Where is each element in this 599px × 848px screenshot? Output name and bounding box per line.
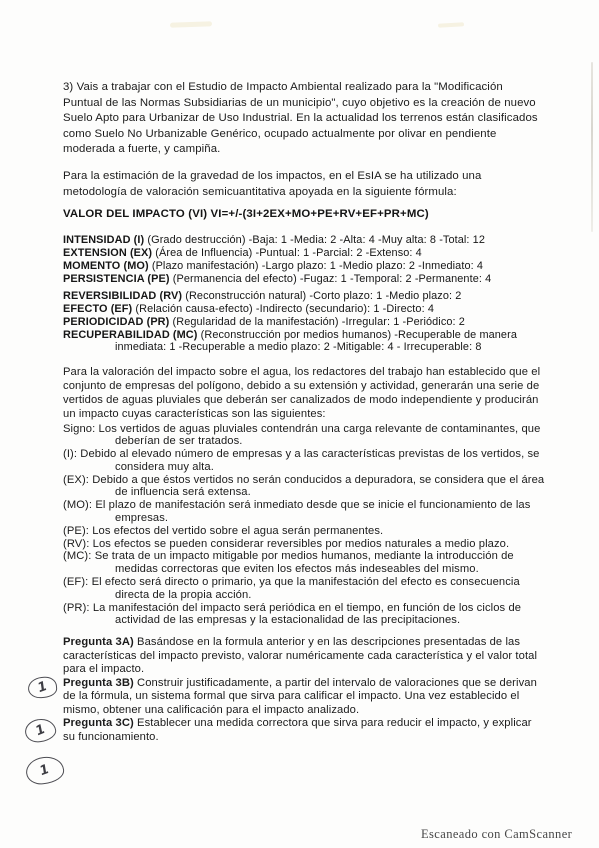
handwritten-grade-mark-1: 1 bbox=[27, 676, 58, 699]
handwritten-grade-mark-2: 1 bbox=[23, 717, 57, 745]
impact-value-formula: VALOR DEL IMPACTO (VI) VI=+/-(3I+2EX+MO+… bbox=[63, 207, 545, 221]
characteristic-label: (PR): bbox=[63, 602, 90, 614]
characteristic-label: Signo: bbox=[63, 423, 95, 435]
question-label: Pregunta 3B) bbox=[63, 677, 134, 689]
question-3c: Pregunta 3C) Establecer una medida corre… bbox=[63, 717, 545, 744]
factor-name: RECUPERABILIDAD (MC) bbox=[63, 329, 198, 341]
characteristic-i: (I): Debido al elevado número de empresa… bbox=[63, 448, 545, 474]
document-body: 3) Vais a trabajar con el Estudio de Imp… bbox=[63, 80, 545, 744]
characteristic-mo: (MO): El plazo de manifestación será inm… bbox=[63, 499, 545, 525]
characteristic-pe: (PE): Los efectos del vertido sobre el a… bbox=[63, 525, 545, 538]
factor-name: EXTENSION (EX) bbox=[63, 247, 152, 259]
characteristic-pr: (PR): La manifestación del impacto será … bbox=[63, 602, 545, 628]
page-edge-shadow bbox=[591, 62, 593, 232]
factor-scale: (Grado destrucción) -Baja: 1 -Media: 2 -… bbox=[147, 234, 485, 246]
grade-mark-value: 1 bbox=[34, 723, 47, 739]
question-3a: Pregunta 3A) Basándose en la formula ant… bbox=[63, 636, 545, 677]
grade-mark-value: 1 bbox=[39, 763, 52, 778]
factor-name: MOMENTO (MO) bbox=[63, 260, 149, 272]
factor-scale: (Permanencia del efecto) -Fugaz: 1 -Temp… bbox=[173, 273, 492, 285]
water-impact-paragraph: Para la valoración del impacto sobre el … bbox=[63, 366, 545, 421]
factor-scale: (Área de Influencia) -Puntual: 1 -Parcia… bbox=[155, 247, 422, 259]
scan-artifact-smudge bbox=[438, 22, 464, 27]
factor-reversibilidad: REVERSIBILIDAD (RV) (Reconstrucción natu… bbox=[63, 290, 551, 303]
factor-efecto: EFECTO (EF) (Relación causa-efecto) -Ind… bbox=[63, 303, 551, 316]
characteristic-label: (I): bbox=[63, 448, 77, 460]
impact-characteristics-list: Signo: Los vertidos de aguas pluviales c… bbox=[63, 423, 545, 628]
characteristic-label: (RV): bbox=[63, 538, 89, 550]
grade-mark-value: 1 bbox=[36, 680, 49, 695]
scanned-document-page: 3) Vais a trabajar con el Estudio de Imp… bbox=[0, 0, 599, 848]
characteristic-text: Debido a que éstos vertidos no serán con… bbox=[92, 474, 544, 499]
factor-scale: (Regularidad de la manifestación) -Irreg… bbox=[173, 316, 465, 328]
characteristic-ef: (EF): El efecto será directo o primario,… bbox=[63, 576, 545, 602]
intro-paragraph: 3) Vais a trabajar con el Estudio de Imp… bbox=[63, 80, 545, 158]
factor-name: EFECTO (EF) bbox=[63, 303, 132, 315]
characteristic-text: La manifestación del impacto será periód… bbox=[93, 602, 521, 627]
factor-scale: (Reconstrucción natural) -Corto plazo: 1… bbox=[185, 290, 461, 302]
characteristic-ex: (EX): Debido a que éstos vertidos no ser… bbox=[63, 474, 545, 500]
characteristic-text: Los efectos del vertido sobre el agua se… bbox=[92, 525, 383, 537]
question-text: Basándose en la formula anterior y en la… bbox=[63, 636, 537, 675]
characteristic-mc: (MC): Se trata de un impacto mitigable p… bbox=[63, 550, 545, 576]
factor-name: REVERSIBILIDAD (RV) bbox=[63, 290, 182, 302]
factor-persistencia: PERSISTENCIA (PE) (Permanencia del efect… bbox=[63, 273, 551, 286]
factor-scale: (Relación causa-efecto) -Indirecto (secu… bbox=[135, 303, 434, 315]
camscanner-watermark: Escaneado con CamScanner bbox=[421, 827, 572, 842]
valuation-factors-list: INTENSIDAD (I) (Grado destrucción) -Baja… bbox=[63, 234, 551, 354]
scan-artifact-smudge bbox=[170, 21, 212, 27]
factor-extension: EXTENSION (EX) (Área de Influencia) -Pun… bbox=[63, 247, 551, 260]
characteristic-text: Se trata de un impacto mitigable por med… bbox=[95, 550, 514, 575]
characteristic-label: (PE): bbox=[63, 525, 89, 537]
question-label: Pregunta 3A) bbox=[63, 636, 134, 648]
question-text: Establecer una medida correctora que sir… bbox=[63, 717, 532, 743]
question-3b: Pregunta 3B) Construir justificadamente,… bbox=[63, 677, 545, 718]
factor-name: PERIODICIDAD (PR) bbox=[63, 316, 169, 328]
factor-momento: MOMENTO (MO) (Plazo manifestación) -Larg… bbox=[63, 260, 551, 273]
characteristic-text: Debido al elevado número de empresas y a… bbox=[80, 448, 539, 473]
factor-name: PERSISTENCIA (PE) bbox=[63, 273, 170, 285]
characteristic-label: (MO): bbox=[63, 499, 92, 511]
factor-periodicidad: PERIODICIDAD (PR) (Regularidad de la man… bbox=[63, 316, 551, 329]
characteristic-rv: (RV): Los efectos se pueden considerar r… bbox=[63, 538, 545, 551]
factor-name: INTENSIDAD (I) bbox=[63, 234, 144, 246]
factor-intensidad: INTENSIDAD (I) (Grado destrucción) -Baja… bbox=[63, 234, 551, 247]
characteristic-text: Los vertidos de aguas pluviales contendr… bbox=[99, 423, 541, 448]
characteristic-label: (MC): bbox=[63, 550, 91, 562]
characteristic-text: El plazo de manifestación será inmediato… bbox=[95, 499, 530, 524]
characteristic-signo: Signo: Los vertidos de aguas pluviales c… bbox=[63, 423, 545, 449]
questions-block: Pregunta 3A) Basándose en la formula ant… bbox=[63, 636, 545, 744]
question-label: Pregunta 3C) bbox=[63, 717, 134, 729]
characteristic-text: Los efectos se pueden considerar reversi… bbox=[93, 538, 510, 550]
question-text: Construir justificadamente, a partir del… bbox=[63, 677, 537, 716]
methodology-paragraph: Para la estimación de la gravedad de los… bbox=[63, 169, 545, 200]
factor-scale: (Plazo manifestación) -Largo plazo: 1 -M… bbox=[152, 260, 483, 272]
characteristic-label: (EF): bbox=[63, 576, 88, 588]
characteristic-text: El efecto será directo o primario, ya qu… bbox=[92, 576, 520, 601]
factor-recuperabilidad: RECUPERABILIDAD (MC) (Reconstrucción por… bbox=[63, 329, 551, 355]
characteristic-label: (EX): bbox=[63, 474, 89, 486]
handwritten-grade-mark-3: 1 bbox=[25, 755, 66, 786]
